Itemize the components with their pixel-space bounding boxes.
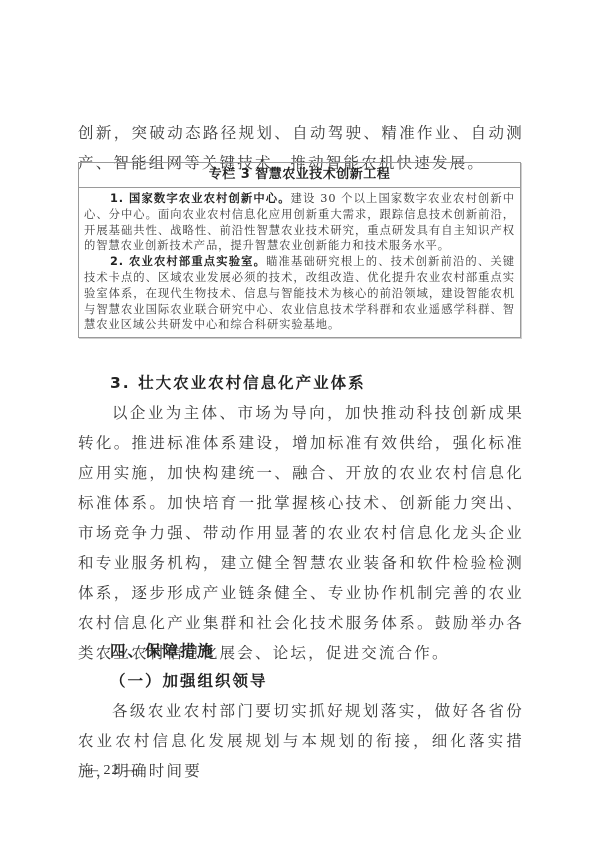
document-page: 创新，突破动态路径规划、自动驾驶、精准作业、自动测产、智能组网等关键技术，推动智… [0,0,600,848]
feature-box-item-2: 2. 农业农村部重点实验室。瞄准基础研究根上的、技术创新前沿的、关键技术卡点的、… [84,254,515,333]
section-3-paragraph: 以企业为主体、市场为导向，加快推动科技创新成果转化。推进标准体系建设，增加标准有… [78,398,524,668]
item-1-label: 1. 国家数字农业农村创新中心。 [110,192,291,205]
section-4-subheading: （一）加强组织领导 [110,666,268,696]
item-2-label: 2. 农业农村部重点实验室。 [110,255,266,268]
feature-box-body: 1. 国家数字农业农村创新中心。建设 30 个以上国家数字农业农村创新中心、分中… [79,188,520,333]
section-4-heading: 四、保障措施 [110,636,215,666]
feature-box-item-1: 1. 国家数字农业农村创新中心。建设 30 个以上国家数字农业农村创新中心、分中… [84,191,515,254]
page-number: — 22 — [84,763,139,779]
feature-box: 专栏 3 智慧农业技术创新工程 1. 国家数字农业农村创新中心。建设 30 个以… [78,162,521,338]
section-4-paragraph: 各级农业农村部门要切实抓好规划落实，做好各省份农业农村信息化发展规划与本规划的衔… [78,696,524,786]
feature-box-title: 专栏 3 智慧农业技术创新工程 [79,163,520,188]
section-3-heading: 3. 壮大农业农村信息化产业体系 [110,368,366,398]
